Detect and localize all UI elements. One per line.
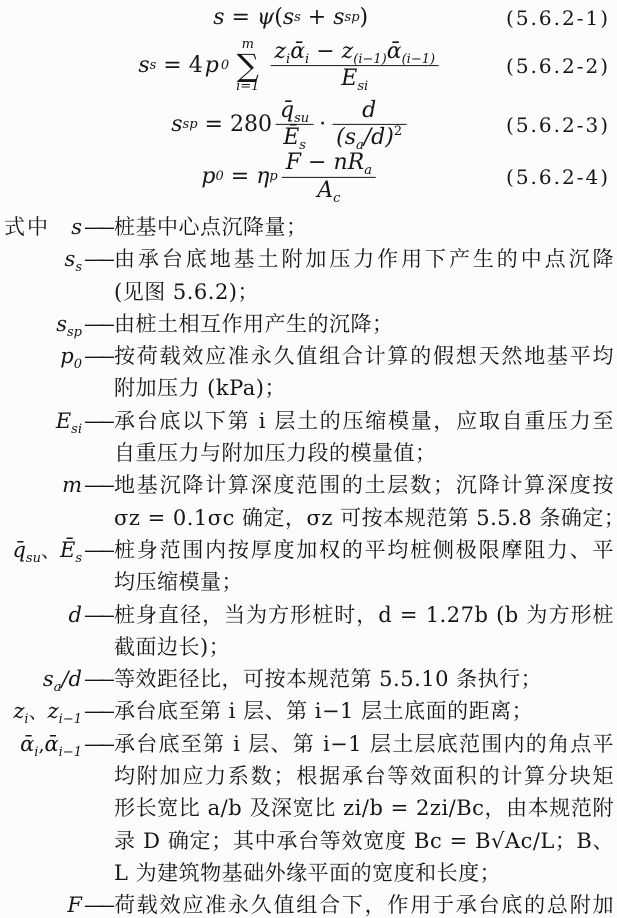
equation-5622-row: ss=4p0m∑i=1ziᾱi−z(i−1)ᾱ(i−1)Esi (5.6.2-2… (4, 34, 614, 98)
symbol-label: d (69, 599, 82, 631)
var-alpha-bar-i: ᾱ (290, 39, 305, 64)
var-ssp: s (333, 7, 344, 29)
symbol-separator: 、 (29, 701, 48, 723)
definition-row-qsu-es: q̄su、Ēs—— 桩身范围内按厚度加权的平均桩侧极限摩阻力、平 均压缩模量； (4, 534, 614, 599)
symbol-label: s (71, 211, 82, 243)
symbol-column: d—— (4, 599, 114, 631)
definition-line: 附加压力 (kPa)； (114, 372, 614, 404)
definition-row-f: F—— 荷载效应准永久值组合下，作用于承台底的总附加 (4, 889, 614, 918)
symbol-label: q̄su、Ēs (12, 534, 82, 567)
equation-5621-formula: s=ψ(ss+ssp) (213, 7, 368, 29)
symbol-sub-2: s (75, 551, 82, 566)
var-s: s (213, 7, 224, 29)
var-zi: z (274, 39, 286, 64)
definition-line: 形长宽比 a/b 及深宽比 zi/b = 2zi/Bc，由本规范附 (114, 792, 614, 824)
symbol-sub: si (71, 422, 82, 437)
symbol-main: s (65, 247, 76, 271)
symbol-main-2: ᾱ (44, 732, 58, 756)
var-ssp: s (171, 114, 182, 136)
exponent-2: 2 (394, 124, 402, 139)
var-f: F (286, 150, 301, 175)
symbol-sub: su (26, 551, 41, 566)
definition-line: 桩基中心点沉降量； (114, 211, 614, 243)
symbol-main-2: z (48, 699, 59, 723)
var-ac: A (317, 178, 333, 203)
definition-dash: —— (84, 599, 114, 631)
open-sa: (s (336, 125, 356, 150)
symbol-label: ss (65, 243, 82, 275)
definition-line: 由承台底地基土附加压力作用下产生的中点沉降 (114, 243, 614, 275)
definition-line: 由桩土相互作用产生的沉降； (114, 308, 614, 340)
symbol-main: F (67, 893, 82, 917)
minus-sign: − (308, 150, 326, 175)
definition-line: 按荷载效应准永久值组合计算的假想天然地基平均 (114, 340, 614, 372)
equals-sign: = (205, 114, 223, 136)
equation-5624-row: p0=ηpF−nRaAc (5.6.2-4) (4, 151, 614, 203)
open-paren: ( (274, 7, 283, 29)
symbol-sub: sp (67, 325, 82, 340)
equals-sign: = (231, 166, 249, 188)
symbol-main: s (43, 667, 54, 691)
symbol-sub-2: i−1 (59, 712, 82, 727)
symbol-label: Esi (56, 405, 82, 437)
definition-line: 自重压力与附加压力段的模量值； (114, 437, 614, 469)
symbol-main: s (56, 312, 67, 336)
symbol-main: s (71, 215, 82, 239)
definition-dash: —— (84, 211, 114, 243)
symbol-label: zi、zi−1 (13, 695, 82, 728)
definition-row-ssp: ssp—— 由桩土相互作用产生的沉降； (4, 308, 614, 340)
plus-sign: + (308, 7, 326, 29)
definition-line: 截面边长)； (114, 631, 614, 663)
definition-line: σz = 0.1σc 确定，σz 可按本规范第 5.5.8 条确定； (114, 502, 614, 534)
symbol-separator: 、 (41, 540, 60, 562)
equation-5624-formula: p0=ηpF−nRaAc (201, 151, 380, 203)
document-page: s=ψ(ss+ssp) (5.6.2-1) ss=4p0m∑i=1ziᾱi−z(… (0, 0, 617, 918)
definition-line: 地基沉降计算深度范围的土层数；沉降计算深度按 (114, 469, 614, 501)
equation-5623-number: (5.6.2-3) (506, 113, 610, 137)
symbol-column: p0—— (4, 340, 114, 372)
denominator: Esi (337, 67, 372, 92)
definition-line: 承台底至第 i 层、第 i−1 层土层底范围内的角点平 (114, 728, 614, 760)
definition-line: 承台底至第 i 层、第 i−1 层土底面的距离； (114, 695, 614, 727)
definition-line: 承台底以下第 i 层土的压缩模量，应取自重压力至 (114, 405, 614, 437)
equation-5622-number: (5.6.2-2) (506, 54, 610, 78)
definition-row-alpha: ᾱi,ᾱi−1—— 承台底至第 i 层、第 i−1 层土层底范围内的角点平 均附… (4, 728, 614, 889)
definition-text: 由桩土相互作用产生的沉降； (114, 308, 614, 340)
symbol-label: p0 (60, 340, 82, 372)
minus-sign: − (316, 39, 334, 64)
definition-dash: —— (84, 243, 114, 275)
close-paren: ) (360, 7, 369, 29)
definition-row-zi: zi、zi−1—— 承台底至第 i 层、第 i−1 层土底面的距离； (4, 695, 614, 727)
definition-row-s: 式中s—— 桩基中心点沉降量； (4, 211, 614, 243)
symbol-column: F—— (4, 889, 114, 918)
formula-intro-label: 式中 (4, 211, 50, 243)
definition-text: 承台底至第 i 层、第 i−1 层土底面的距离； (114, 695, 614, 727)
fraction-d-sad: d(sa/d)2 (332, 98, 406, 150)
equation-5623-formula: ssp=280q̄suĒs·d(sa/d)2 (171, 98, 410, 150)
denominator: Ac (313, 179, 344, 204)
equals-sign: = (232, 7, 250, 29)
definition-text: 桩身直径，当为方形桩时，d = 1.27b (b 为方形桩 截面边长)； (114, 599, 614, 664)
var-esi: E (341, 66, 357, 91)
definition-text: 由承台底地基土附加压力作用下产生的中点沉降 (见图 5.6.2)； (114, 243, 614, 308)
var-qsu-bar: q̄ (280, 97, 294, 122)
equation-5623-row: ssp=280q̄suĒs·d(sa/d)2 (5.6.2-3) (4, 98, 614, 151)
var-d: d (362, 97, 376, 122)
symbol-main: d (69, 603, 82, 627)
definition-dash: —— (84, 308, 114, 340)
symbol-label: ssp (56, 308, 82, 340)
symbol-main: z (13, 699, 24, 723)
var-nra: nR (333, 150, 364, 175)
var-eta-p: η (256, 166, 269, 188)
definition-line: (见图 5.6.2)； (114, 276, 614, 308)
symbol-label: sa/d (43, 663, 82, 695)
slash-d-close: /d) (364, 125, 394, 150)
symbol-definitions: 式中s—— 桩基中心点沉降量； ss—— 由承台底地基土附加压力作用下产生的中点… (4, 211, 614, 918)
sum-lower-limit: i=1 (236, 80, 259, 94)
symbol-sub: s (75, 260, 82, 275)
denominator: (sa/d)2 (332, 126, 406, 151)
symbol-column: Esi—— (4, 405, 114, 437)
definition-text: 地基沉降计算深度范围的土层数；沉降计算深度按 σz = 0.1σc 确定，σz … (114, 469, 614, 534)
definition-line: 荷载效应准永久值组合下，作用于承台底的总附加 (114, 889, 614, 918)
var-p0: p (201, 166, 215, 188)
symbol-main: ᾱ (20, 732, 34, 756)
symbol-column: 式中s—— (4, 211, 114, 243)
symbol-label: F (67, 889, 82, 918)
definition-row-p0: p0—— 按荷载效应准永久值组合计算的假想天然地基平均 附加压力 (kPa)； (4, 340, 614, 405)
fraction: ziᾱi−z(i−1)ᾱ(i−1)Esi (270, 40, 439, 92)
var-zi-1: z (342, 39, 354, 64)
fraction-f-ac: F−nRaAc (282, 151, 376, 203)
definition-dash: —— (84, 695, 114, 727)
definition-row-ss: ss—— 由承台底地基土附加压力作用下产生的中点沉降 (见图 5.6.2)； (4, 243, 614, 308)
symbol-main: E (56, 409, 71, 433)
definition-row-sad: sa/d—— 等效距径比，可按本规范第 5.5.10 条执行； (4, 663, 614, 695)
definition-row-esi: Esi—— 承台底以下第 i 层土的压缩模量，应取自重压力至 自重压力与附加压力… (4, 405, 614, 470)
definition-dash: —— (84, 340, 114, 372)
numerator: ziᾱi−z(i−1)ᾱ(i−1) (270, 40, 439, 65)
symbol-column: sa/d—— (4, 663, 114, 695)
symbol-column: zi、zi−1—— (4, 695, 114, 727)
definition-dash: —— (84, 663, 114, 695)
var-psi: ψ (257, 7, 274, 29)
definition-dash: —— (84, 534, 114, 566)
definition-line: 桩身范围内按厚度加权的平均桩侧极限摩阻力、平 (114, 534, 614, 566)
definition-text: 按荷载效应准永久值组合计算的假想天然地基平均 附加压力 (kPa)； (114, 340, 614, 405)
symbol-main: m (62, 473, 82, 497)
var-ss: s (138, 55, 149, 77)
sigma-sum-icon: ∑ (237, 52, 259, 81)
definition-text: 承台底至第 i 层、第 i−1 层土层底范围内的角点平 均附加应力系数；根据承台… (114, 728, 614, 889)
symbol-main: p (60, 344, 73, 368)
coefficient-280: 280 (230, 114, 272, 136)
symbol-column: ssp—— (4, 308, 114, 340)
var-ss: s (283, 7, 294, 29)
equation-5621-number: (5.6.2-1) (506, 6, 610, 30)
numerator: d (358, 98, 380, 123)
var-alpha-bar-i-1: ᾱ (387, 39, 402, 64)
numerator: q̄su (276, 98, 313, 123)
definition-line: 桩身直径，当为方形桩时，d = 1.27b (b 为方形桩 (114, 599, 614, 631)
symbol-column: m—— (4, 469, 114, 501)
symbol-suffix: /d (61, 667, 82, 691)
definition-dash: —— (84, 728, 114, 760)
sub-c: c (333, 191, 340, 206)
equation-5624-number: (5.6.2-4) (506, 165, 610, 189)
denominator: Ēs (279, 126, 310, 151)
definition-text: 等效距径比，可按本规范第 5.5.10 条执行； (114, 663, 614, 695)
definition-row-d: d—— 桩身直径，当为方形桩时，d = 1.27b (b 为方形桩 截面边长)； (4, 599, 614, 664)
symbol-main: q̄ (12, 538, 25, 562)
equation-5622-formula: ss=4p0m∑i=1ziᾱi−z(i−1)ᾱ(i−1)Esi (138, 38, 443, 94)
definition-line: L 为建筑物基础外缘平面的宽度和长度； (114, 857, 614, 889)
definition-line: 录 D 确定；其中承台等效宽度 Bc = B√Ac/L；B、 (114, 825, 614, 857)
definition-text: 荷载效应准永久值组合下，作用于承台底的总附加 (114, 889, 614, 918)
definition-line: 均压缩模量； (114, 566, 614, 598)
equals-sign: = (163, 55, 181, 77)
definition-text: 承台底以下第 i 层土的压缩模量，应取自重压力至 自重压力与附加压力段的模量值； (114, 405, 614, 470)
sub-si: si (357, 79, 368, 94)
symbol-column: ss—— (4, 243, 114, 275)
definition-dash: —— (84, 889, 114, 918)
symbol-sub-2: i−1 (59, 745, 82, 760)
definition-text: 桩身范围内按厚度加权的平均桩侧极限摩阻力、平 均压缩模量； (114, 534, 614, 599)
symbol-main-2: Ē (60, 538, 75, 562)
summation: m∑i=1 (236, 38, 259, 94)
var-es-bar: Ē (283, 125, 299, 150)
var-p0: p (205, 55, 219, 77)
definition-row-m: m—— 地基沉降计算深度范围的土层数；沉降计算深度按 σz = 0.1σc 确定… (4, 469, 614, 534)
dot-operator: · (319, 114, 326, 136)
symbol-column: q̄su、Ēs—— (4, 534, 114, 566)
definition-line: 均附加应力系数；根据承台等效面积的计算分块矩 (114, 760, 614, 792)
symbol-column: ᾱi,ᾱi−1—— (4, 728, 114, 760)
numerator: F−nRa (282, 151, 376, 176)
coefficient-4: 4 (189, 55, 203, 77)
fraction-qsu-es: q̄suĒs (276, 98, 313, 150)
definition-dash: —— (84, 405, 114, 437)
symbol-sub: 0 (74, 357, 82, 372)
symbol-label: ᾱi,ᾱi−1 (20, 728, 82, 761)
definition-dash: —— (84, 469, 114, 501)
symbol-label: m (62, 469, 82, 501)
definition-line: 等效距径比，可按本规范第 5.5.10 条执行； (114, 663, 614, 695)
definition-text: 桩基中心点沉降量； (114, 211, 614, 243)
equation-5621-row: s=ψ(ss+ssp) (5.6.2-1) (4, 2, 614, 34)
